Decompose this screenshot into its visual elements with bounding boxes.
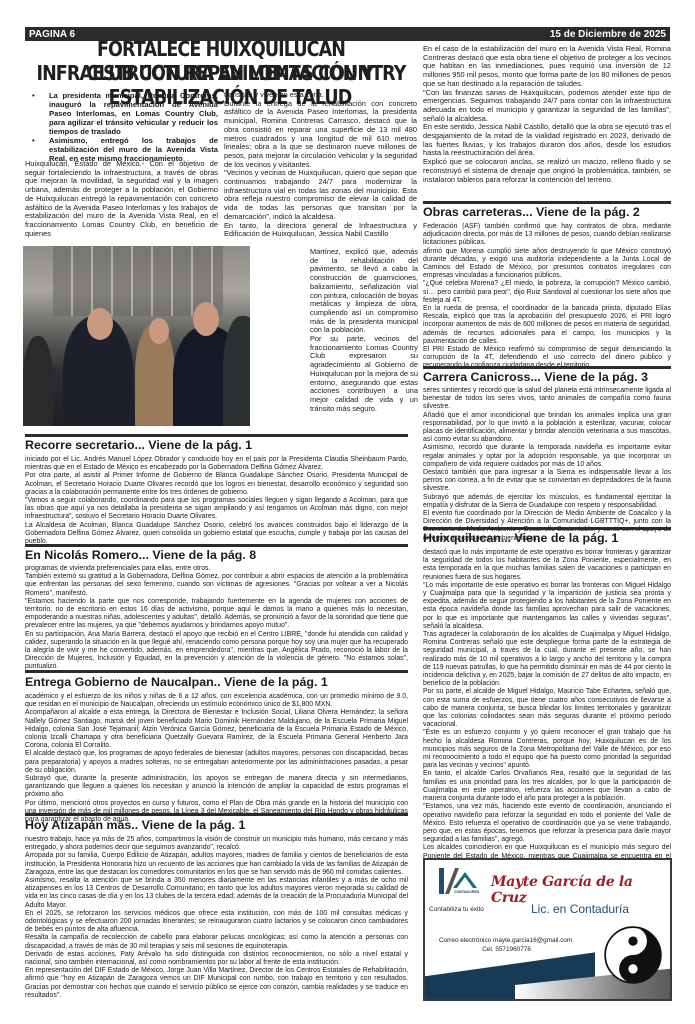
section-paragraph: Federación (ASF) también confirmó que ha… — [423, 223, 671, 248]
section-paragraph: "Lo más importante de este operativo es … — [423, 582, 671, 631]
section-paragraph: En el 2025, se reforzaron los servicios … — [25, 910, 408, 935]
main-article-col2-wrap: Martínez, explicó que, además de la reha… — [310, 248, 418, 413]
section-paragraph: "Éste es un esfuerzo conjunto y yo quier… — [423, 729, 671, 770]
section-paragraph: académico y el esfuerzo de los niños y n… — [25, 693, 408, 709]
section-title-nicolas-romero: En Nicolás Romero... Viene de la pág. 8 — [25, 548, 256, 562]
article-paragraph: "Con las finanzas sanas de Huixquilucan,… — [423, 89, 671, 124]
section-title-atizapan: Hoy Atizapán más.. Viene de la pág. 1 — [25, 818, 245, 832]
section-title-naucalpan: Entrega Gobierno de Naucalpan.. Viene de… — [25, 675, 328, 689]
photo-face — [193, 302, 219, 336]
issue-date: 15 de Diciembre de 2025 — [550, 29, 666, 40]
article-paragraph: Durante la entrega de la rehabilitación … — [224, 100, 417, 170]
section-divider — [25, 544, 408, 547]
advertiser-email: Correo electrónico mayte.garcia16@gmail.… — [439, 936, 574, 945]
article-paragraph: En el caso de la estabilización del muro… — [423, 45, 671, 89]
photo-person — [223, 316, 250, 426]
photo-person — [23, 336, 53, 426]
section-paragraph: Destacó también que para ingresar a la S… — [423, 469, 671, 494]
section-paragraph: programas de vivienda preferenciales par… — [25, 565, 408, 573]
section-paragraph: seres sintientes y recordó que la salud … — [423, 387, 671, 412]
section-paragraph: "Estamos, una vez más, haciendo este eve… — [423, 803, 671, 844]
section-paragraph: Acompañaron al alcalde a esta entrega, l… — [25, 709, 408, 750]
section-paragraph: En la rueda de prensa, el coordinador de… — [423, 305, 671, 346]
section-paragraph: Tras agradecer la colaboración de los al… — [423, 631, 671, 688]
accounting-logo-icon: CONTADORES — [439, 866, 479, 896]
main-article-col1: Huixquilucan, Estado de México.- Con el … — [25, 160, 218, 238]
section-paragraph: Subrayó que, durante la presente adminis… — [25, 775, 408, 800]
section-paragraph: Resalta la campaña de recolección de cab… — [25, 934, 408, 950]
advertiser-contact: Correo electrónico mayte.garcia16@gmail.… — [439, 936, 574, 954]
advertisement-business-card: CONTADORES Mayte García de la Cruz Conta… — [423, 858, 672, 1001]
article-paragraph: Martínez, explicó que, además de la reha… — [310, 248, 418, 335]
section-title-recorre-secretario: Recorre secretario... Viene de la pág. 1 — [25, 438, 252, 452]
article-paragraph: En tanto, la directora general de Infrae… — [224, 222, 417, 239]
section-body-recorre-secretario: iniciado por el Lic. Andrés Manuel López… — [25, 456, 408, 546]
advertiser-tagline: Contabiliza tu éxito — [429, 906, 484, 913]
section-paragraph: Asimismo, resalta la atención que se bri… — [25, 877, 408, 910]
section-paragraph: En tanto, el alcalde Carlos Orvañanos Re… — [423, 770, 671, 803]
article-paragraph: "Vecinos y vecinas de Huixquilucan, quie… — [224, 169, 417, 221]
section-body-obras-carreteras: Federación (ASF) también confirmó que ha… — [423, 223, 671, 371]
section-paragraph: "Vamos a seguir colaborando, coordinando… — [25, 497, 408, 522]
section-body-carrera-canicross: seres sintientes y recordó que la salud … — [423, 387, 671, 543]
section-divider — [423, 201, 671, 204]
page-number: PAGINA 6 — [29, 29, 75, 40]
article-photo — [23, 246, 250, 426]
article-paragraph: Huixquilucan, Estado de México.- Con el … — [25, 160, 218, 238]
section-paragraph: El alcalde destacó que, los programas de… — [25, 750, 408, 775]
section-paragraph: iniciado por el Lic. Andrés Manuel López… — [25, 456, 408, 472]
section-paragraph: Por otra parte, al asistir al Primer Inf… — [25, 472, 408, 497]
summary-bullet: La presidenta municipal, Romina Contrera… — [30, 91, 218, 136]
main-article-col2: transitan y viven en esta zona. Durante … — [224, 91, 417, 239]
section-paragraph: nuestro trabajo, hace ya más de 25 años,… — [25, 836, 408, 852]
advertiser-degree: Lic. en Contaduría — [531, 902, 629, 916]
section-paragraph: Por su parte, el alcalde de Miguel Hidal… — [423, 688, 671, 729]
section-paragraph: "¿Qué celebra Morena? ¿El miedo, la pobr… — [423, 280, 671, 305]
section-body-huixquilucan: destacó que lo más importante de este op… — [423, 549, 671, 885]
section-title-obras-carreteras: Obras carreteras... Viene de la pág. 2 — [423, 205, 640, 219]
svg-text:CONTADORES: CONTADORES — [454, 890, 479, 894]
section-paragraph: afirmó que Morena cumplió siete años des… — [423, 248, 671, 281]
photo-face — [149, 318, 169, 344]
section-body-nicolas-romero: programas de vivienda preferenciales par… — [25, 565, 408, 672]
section-body-atizapan: nuestro trabajo, hace ya más de 25 años,… — [25, 836, 408, 1000]
section-paragraph: En su participación, Ana María Barrera, … — [25, 631, 408, 672]
section-divider — [423, 527, 671, 530]
main-article-col3: En el caso de la estabilización del muro… — [423, 45, 671, 184]
section-divider — [25, 813, 408, 816]
section-paragraph: La Alcaldesa de Acolman, Blanca Guadalup… — [25, 522, 408, 547]
section-paragraph: Derivado de estas acciones, Paty Arévalo… — [25, 951, 408, 967]
section-paragraph: Añadió que el amor incondicional que bri… — [423, 412, 671, 445]
section-divider — [25, 670, 408, 673]
article-paragraph: Explicó que se colocaron anclas, se real… — [423, 158, 671, 184]
section-paragraph: Subrayó que además de ejercitar los músc… — [423, 494, 671, 510]
yin-yang-icon — [604, 926, 662, 984]
section-paragraph: Arropada por su familia, Cuerpo Edilicio… — [25, 852, 408, 877]
section-paragraph: destacó que lo más importante de este op… — [423, 549, 671, 582]
section-divider — [25, 434, 408, 437]
section-paragraph: También externó su gratitud a la Goberna… — [25, 573, 408, 598]
article-paragraph: Por su parte, vecinos del fraccionamient… — [310, 335, 418, 413]
section-title-huixquilucan: Huixquilucan... Viene de la pág. 1 — [423, 531, 618, 545]
section-paragraph: En representación del DIF Estado de Méxi… — [25, 967, 408, 1000]
section-divider — [423, 366, 671, 369]
section-body-naucalpan: académico y el esfuerzo de los niños y n… — [25, 693, 408, 824]
advertiser-phone: Cel. 5571960776 — [439, 945, 574, 954]
photo-face — [87, 308, 113, 340]
section-paragraph: Asimismo, recordó que durante la tempora… — [423, 444, 671, 469]
section-paragraph: "Estamos haciendo la parte que nos corre… — [25, 598, 408, 631]
article-paragraph: En este sentido, Jessica Nabil Castillo,… — [423, 123, 671, 158]
article-summary-bullets: La presidenta municipal, Romina Contrera… — [30, 91, 218, 163]
section-title-carrera-canicross: Carrera Canicross... Viene de la pág. 3 — [423, 370, 648, 384]
